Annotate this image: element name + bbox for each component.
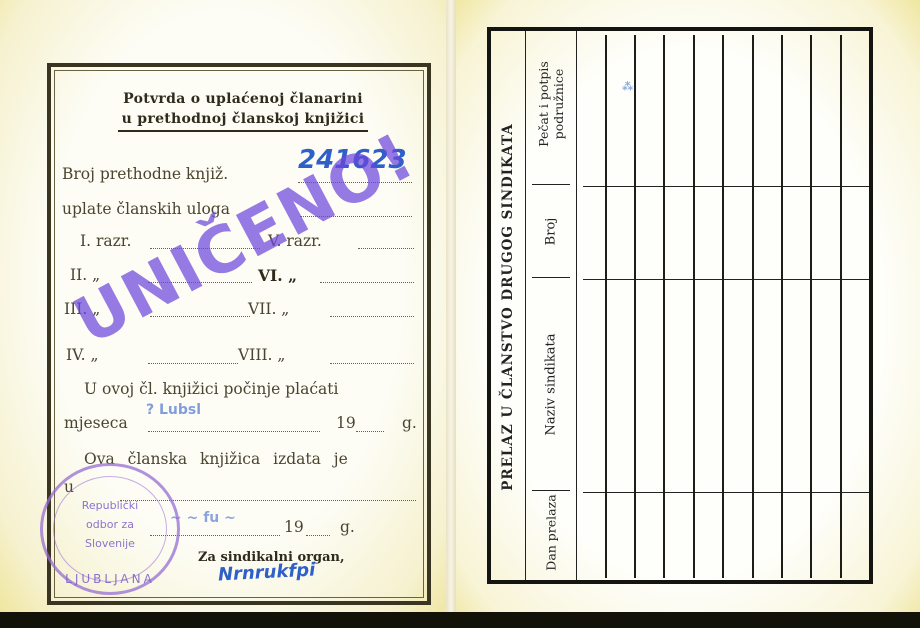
start-payment-text: U ovoj čl. knjižici počinje plaćati [84, 380, 338, 398]
header-union-name: Naziv sindikata [544, 310, 559, 460]
issued-year-field[interactable] [306, 535, 330, 536]
ink-smudge-date: ~ ~ fu ~ [170, 510, 236, 526]
issued-year-prefix: 19 [284, 518, 304, 536]
class-7-label: VII. „ [248, 300, 289, 318]
table-title: PRELAZ U ČLANSTVO DRUGOG SINDIKATA [500, 40, 516, 574]
ink-smudge-month: ? Lubsl [146, 402, 201, 418]
entry-line-2[interactable] [634, 35, 636, 578]
entry-line-9[interactable] [840, 35, 842, 578]
form-title-line2: u prethodnoj članskoj knjižici [118, 109, 369, 132]
row-divider-2 [583, 279, 869, 280]
class-1-label: I. razr. [80, 232, 131, 250]
book-gutter [446, 0, 456, 628]
payments-label: uplate članskih uloga [62, 200, 230, 218]
class-7-field[interactable] [330, 316, 414, 317]
form-title: Potvrda o uplaćenoj članarini u prethodn… [73, 89, 413, 132]
class-5-field[interactable] [358, 248, 414, 249]
round-union-stamp: Republički odbor za Slovenije LJUBLJANA [40, 463, 180, 595]
row-divider-1 [583, 186, 869, 187]
year-prefix: 19 [336, 414, 356, 432]
class-4-field[interactable] [148, 363, 238, 364]
month-field[interactable] [148, 431, 320, 432]
stamp-line-3: Slovenije [43, 534, 177, 553]
year-field[interactable] [356, 431, 384, 432]
prev-book-label: Broj prethodne knjiž. [62, 165, 228, 183]
entry-line-1[interactable] [605, 35, 607, 578]
class-8-label: VIII. „ [238, 346, 285, 364]
table-title-column: PRELAZ U ČLANSTVO DRUGOG SINDIKATA [491, 31, 526, 580]
header-transfer-date: Dan prelaza [544, 483, 559, 583]
header-divider-2 [532, 277, 570, 278]
header-divider-1 [532, 184, 570, 185]
stamp-city: LJUBLJANA [43, 572, 177, 586]
header-stamp-signature: Pečat i potpis podružnice [536, 29, 566, 179]
transfer-table: PRELAZ U ČLANSTVO DRUGOG SINDIKATA Pečat… [487, 27, 873, 584]
entry-line-5[interactable] [722, 35, 724, 578]
class-6-field[interactable] [320, 282, 414, 283]
entry-line-3[interactable] [663, 35, 665, 578]
entry-line-8[interactable] [810, 35, 812, 578]
year-suffix: g. [402, 414, 417, 432]
row-divider-3 [583, 492, 869, 493]
entry-line-6[interactable] [752, 35, 754, 578]
header-number: Broj [544, 187, 559, 277]
bottom-shadow [0, 612, 920, 628]
month-label: mjeseca [64, 414, 128, 432]
stamp-line-1: Republički [43, 496, 177, 515]
entry-line-7[interactable] [781, 35, 783, 578]
ink-speck: ⁂ [622, 80, 633, 93]
form-title-line1: Potvrda o uplaćenoj članarini [73, 89, 413, 109]
stamp-line-2: odbor za [43, 515, 177, 534]
issued-year-suffix: g. [340, 518, 355, 536]
class-8-field[interactable] [330, 363, 414, 364]
table-header-column: Pečat i potpis podružnice Broj Naziv sin… [526, 31, 577, 580]
entry-line-4[interactable] [693, 35, 695, 578]
